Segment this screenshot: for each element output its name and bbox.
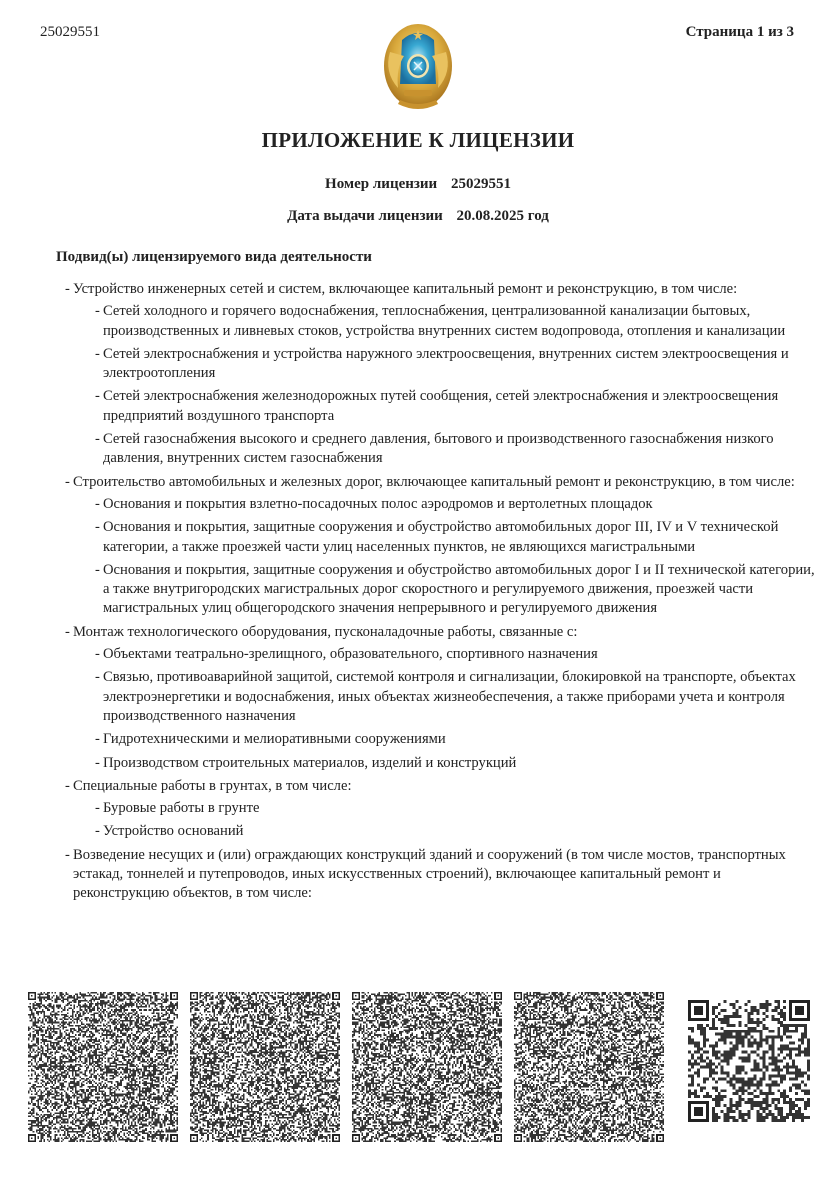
sub-activity-text: Устройство оснований xyxy=(103,823,243,839)
sub-activity-item: -Основания и покрытия взлетно-посадочных… xyxy=(58,495,818,514)
sub-activity-item: -Буровые работы в грунте xyxy=(58,799,818,818)
sub-activity-text: Основания и покрытия, защитные сооружени… xyxy=(103,562,815,617)
data-matrix-code-icon xyxy=(514,992,664,1142)
activity-text: Специальные работы в грунтах, в том числ… xyxy=(73,778,352,794)
sub-activity-text: Сетей электроснабжения железнодорожных п… xyxy=(103,388,778,423)
section-heading: Подвид(ы) лицензируемого вида деятельнос… xyxy=(56,249,372,266)
activity-item: -Строительство автомобильных и железных … xyxy=(58,473,818,492)
dash-bullet: - xyxy=(95,387,103,406)
qr-code-icon xyxy=(688,1000,810,1122)
sub-activity-text: Производством строительных материалов, и… xyxy=(103,755,516,771)
sub-activity-text: Основания и покрытия взлетно-посадочных … xyxy=(103,496,653,512)
activity-item: -Монтаж технологического оборудования, п… xyxy=(58,623,818,642)
dash-bullet: - xyxy=(65,473,73,492)
dash-bullet: - xyxy=(95,345,103,364)
sub-activity-item: -Производством строительных материалов, … xyxy=(58,754,818,773)
sub-activity-text: Основания и покрытия, защитные сооружени… xyxy=(103,519,778,554)
dash-bullet: - xyxy=(65,623,73,642)
license-date-label: Дата выдачи лицензии xyxy=(287,208,443,225)
dash-bullet: - xyxy=(95,302,103,321)
sub-activity-item: -Основания и покрытия, защитные сооружен… xyxy=(58,561,818,619)
dash-bullet: - xyxy=(95,561,103,580)
sub-activity-text: Сетей холодного и горячего водоснабжения… xyxy=(103,303,785,338)
sub-activity-item: -Сетей холодного и горячего водоснабжени… xyxy=(58,302,818,341)
dash-bullet: - xyxy=(65,280,73,299)
sub-activity-item: -Сетей электроснабжения железнодорожных … xyxy=(58,387,818,426)
sub-activity-item: -Сетей газоснабжения высокого и среднего… xyxy=(58,430,818,469)
activities-list: -Устройство инженерных сетей и систем, в… xyxy=(58,280,818,906)
dash-bullet: - xyxy=(65,777,73,796)
activity-text: Монтаж технологического оборудования, пу… xyxy=(73,624,577,640)
doc-number: 25029551 xyxy=(40,24,100,41)
sub-activity-text: Сетей газоснабжения высокого и среднего … xyxy=(103,431,774,466)
activity-text: Устройство инженерных сетей и систем, вк… xyxy=(73,281,737,297)
license-number-label: Номер лицензии xyxy=(325,176,437,193)
page-indicator: Страница 1 из 3 xyxy=(686,24,794,41)
document-title: ПРИЛОЖЕНИЕ К ЛИЦЕНЗИИ xyxy=(0,128,836,153)
activity-item: -Возведение несущих и (или) ограждающих … xyxy=(58,846,818,904)
activity-item: -Устройство инженерных сетей и систем, в… xyxy=(58,280,818,299)
dash-bullet: - xyxy=(95,754,103,773)
activity-text: Возведение несущих и (или) ограждающих к… xyxy=(73,847,786,902)
sub-activity-item: -Объектами театрально-зрелищного, образо… xyxy=(58,645,818,664)
sub-activity-item: -Устройство оснований xyxy=(58,822,818,841)
license-number-value: 25029551 xyxy=(451,176,511,192)
codes-footer xyxy=(28,992,818,1142)
state-emblem-icon xyxy=(380,22,456,114)
dash-bullet: - xyxy=(95,730,103,749)
activity-text: Строительство автомобильных и железных д… xyxy=(73,474,795,490)
sub-activity-item: -Основания и покрытия, защитные сооружен… xyxy=(58,518,818,557)
activity-item: -Специальные работы в грунтах, в том чис… xyxy=(58,777,818,796)
sub-activity-text: Связью, противоаварийной защитой, систем… xyxy=(103,669,796,724)
data-matrix-code-icon xyxy=(352,992,502,1142)
data-matrix-code-icon xyxy=(28,992,178,1142)
dash-bullet: - xyxy=(95,495,103,514)
dash-bullet: - xyxy=(95,518,103,537)
dash-bullet: - xyxy=(95,430,103,449)
sub-activity-text: Гидротехническими и мелиоративными соору… xyxy=(103,731,446,747)
license-date-row: Дата выдачи лицензии 20.08.2025 год xyxy=(0,208,836,225)
sub-activity-item: -Связью, противоаварийной защитой, систе… xyxy=(58,668,818,726)
dash-bullet: - xyxy=(95,645,103,664)
sub-activity-text: Сетей электроснабжения и устройства нару… xyxy=(103,346,789,381)
dash-bullet: - xyxy=(95,822,103,841)
data-matrix-code-icon xyxy=(190,992,340,1142)
dash-bullet: - xyxy=(95,668,103,687)
dash-bullet: - xyxy=(95,799,103,818)
dash-bullet: - xyxy=(65,846,73,865)
license-number-row: Номер лицензии 25029551 xyxy=(0,176,836,193)
sub-activity-text: Буровые работы в грунте xyxy=(103,800,259,816)
sub-activity-item: -Сетей электроснабжения и устройства нар… xyxy=(58,345,818,384)
license-date-value: 20.08.2025 год xyxy=(457,208,549,224)
sub-activity-text: Объектами театрально-зрелищного, образов… xyxy=(103,646,598,662)
sub-activity-item: -Гидротехническими и мелиоративными соор… xyxy=(58,730,818,749)
